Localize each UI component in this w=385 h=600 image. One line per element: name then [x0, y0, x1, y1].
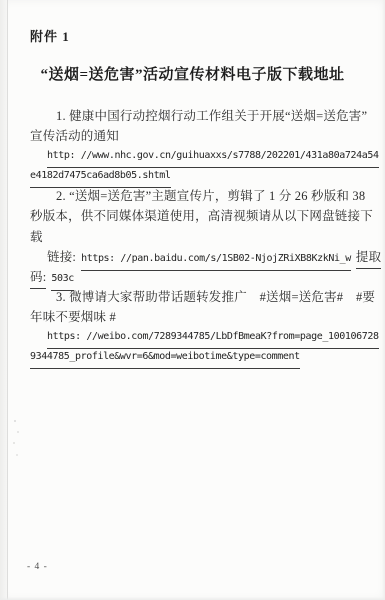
item2-text-line2: 秒版本，供不同媒体渠道使用，高清视频请从以下网盘链接下 [30, 206, 365, 226]
baidu-link-text: https: //pan.baidu.com/s/1SB02-NjojZRiXB… [81, 249, 351, 271]
extraction-code-word-part2: 码: [30, 267, 46, 289]
item1-text-line1: 1. 健康中国行动控烟行动工作组关于开展“送烟=送危害” [30, 106, 365, 126]
scan-speckle-artifact [14, 420, 16, 422]
document-title: “送烟=送危害”活动宣传材料电子版下载地址 [0, 63, 385, 84]
extraction-code-word-part1: 提取 [356, 247, 381, 269]
weibo-link-text-line1: https: //weibo.com/7289344785/LbDfBmeaK?… [47, 327, 379, 349]
item1-url-line1: http: //www.nhc.gov.cn/guihuaxxs/s7788/2… [30, 146, 365, 166]
item3-text-line2: 年味不要烟味 # [30, 307, 365, 327]
scanned-document-page: 附件 1 “送烟=送危害”活动宣传材料电子版下载地址 1. 健康中国行动控烟行动… [0, 0, 385, 600]
item2-text-line1: 2. “送烟=送危害”主题宣传片，剪辑了 1 分 26 秒版和 38 [30, 186, 365, 206]
weibo-link-text-line2: 9344785_profile&wvr=6&mod=weibotime&type… [30, 347, 300, 369]
item1-url-line2: e4182d7475ca6ad8b05.shtml [30, 166, 365, 186]
baidu-link-label: 链接: [47, 247, 76, 267]
attachment-label: 附件 1 [30, 26, 70, 45]
document-body: 1. 健康中国行动控烟行动工作组关于开展“送烟=送危害” 宣传活动的通知 htt… [30, 106, 365, 367]
page-number: - 4 - [27, 562, 48, 572]
item3-url-line1: https: //weibo.com/7289344785/LbDfBmeaK?… [30, 327, 365, 347]
scan-edge-left [0, 0, 8, 600]
item2-text-line3: 载 [30, 227, 365, 247]
item3-url-line2: 9344785_profile&wvr=6&mod=weibotime&type… [30, 347, 365, 367]
nhc-link-text-line2: e4182d7475ca6ad8b05.shtml [30, 166, 171, 188]
nhc-link-text-line1: http: //www.nhc.gov.cn/guihuaxxs/s7788/2… [47, 146, 379, 168]
item2-link-line: 链接: https: //pan.baidu.com/s/1SB02-NjojZ… [30, 247, 365, 267]
item3-text-line1: 3. 微博请大家帮助带话题转发推广 #送烟=送危害# #要 [30, 287, 365, 307]
item1-text-line2: 宣传活动的通知 [30, 126, 365, 146]
